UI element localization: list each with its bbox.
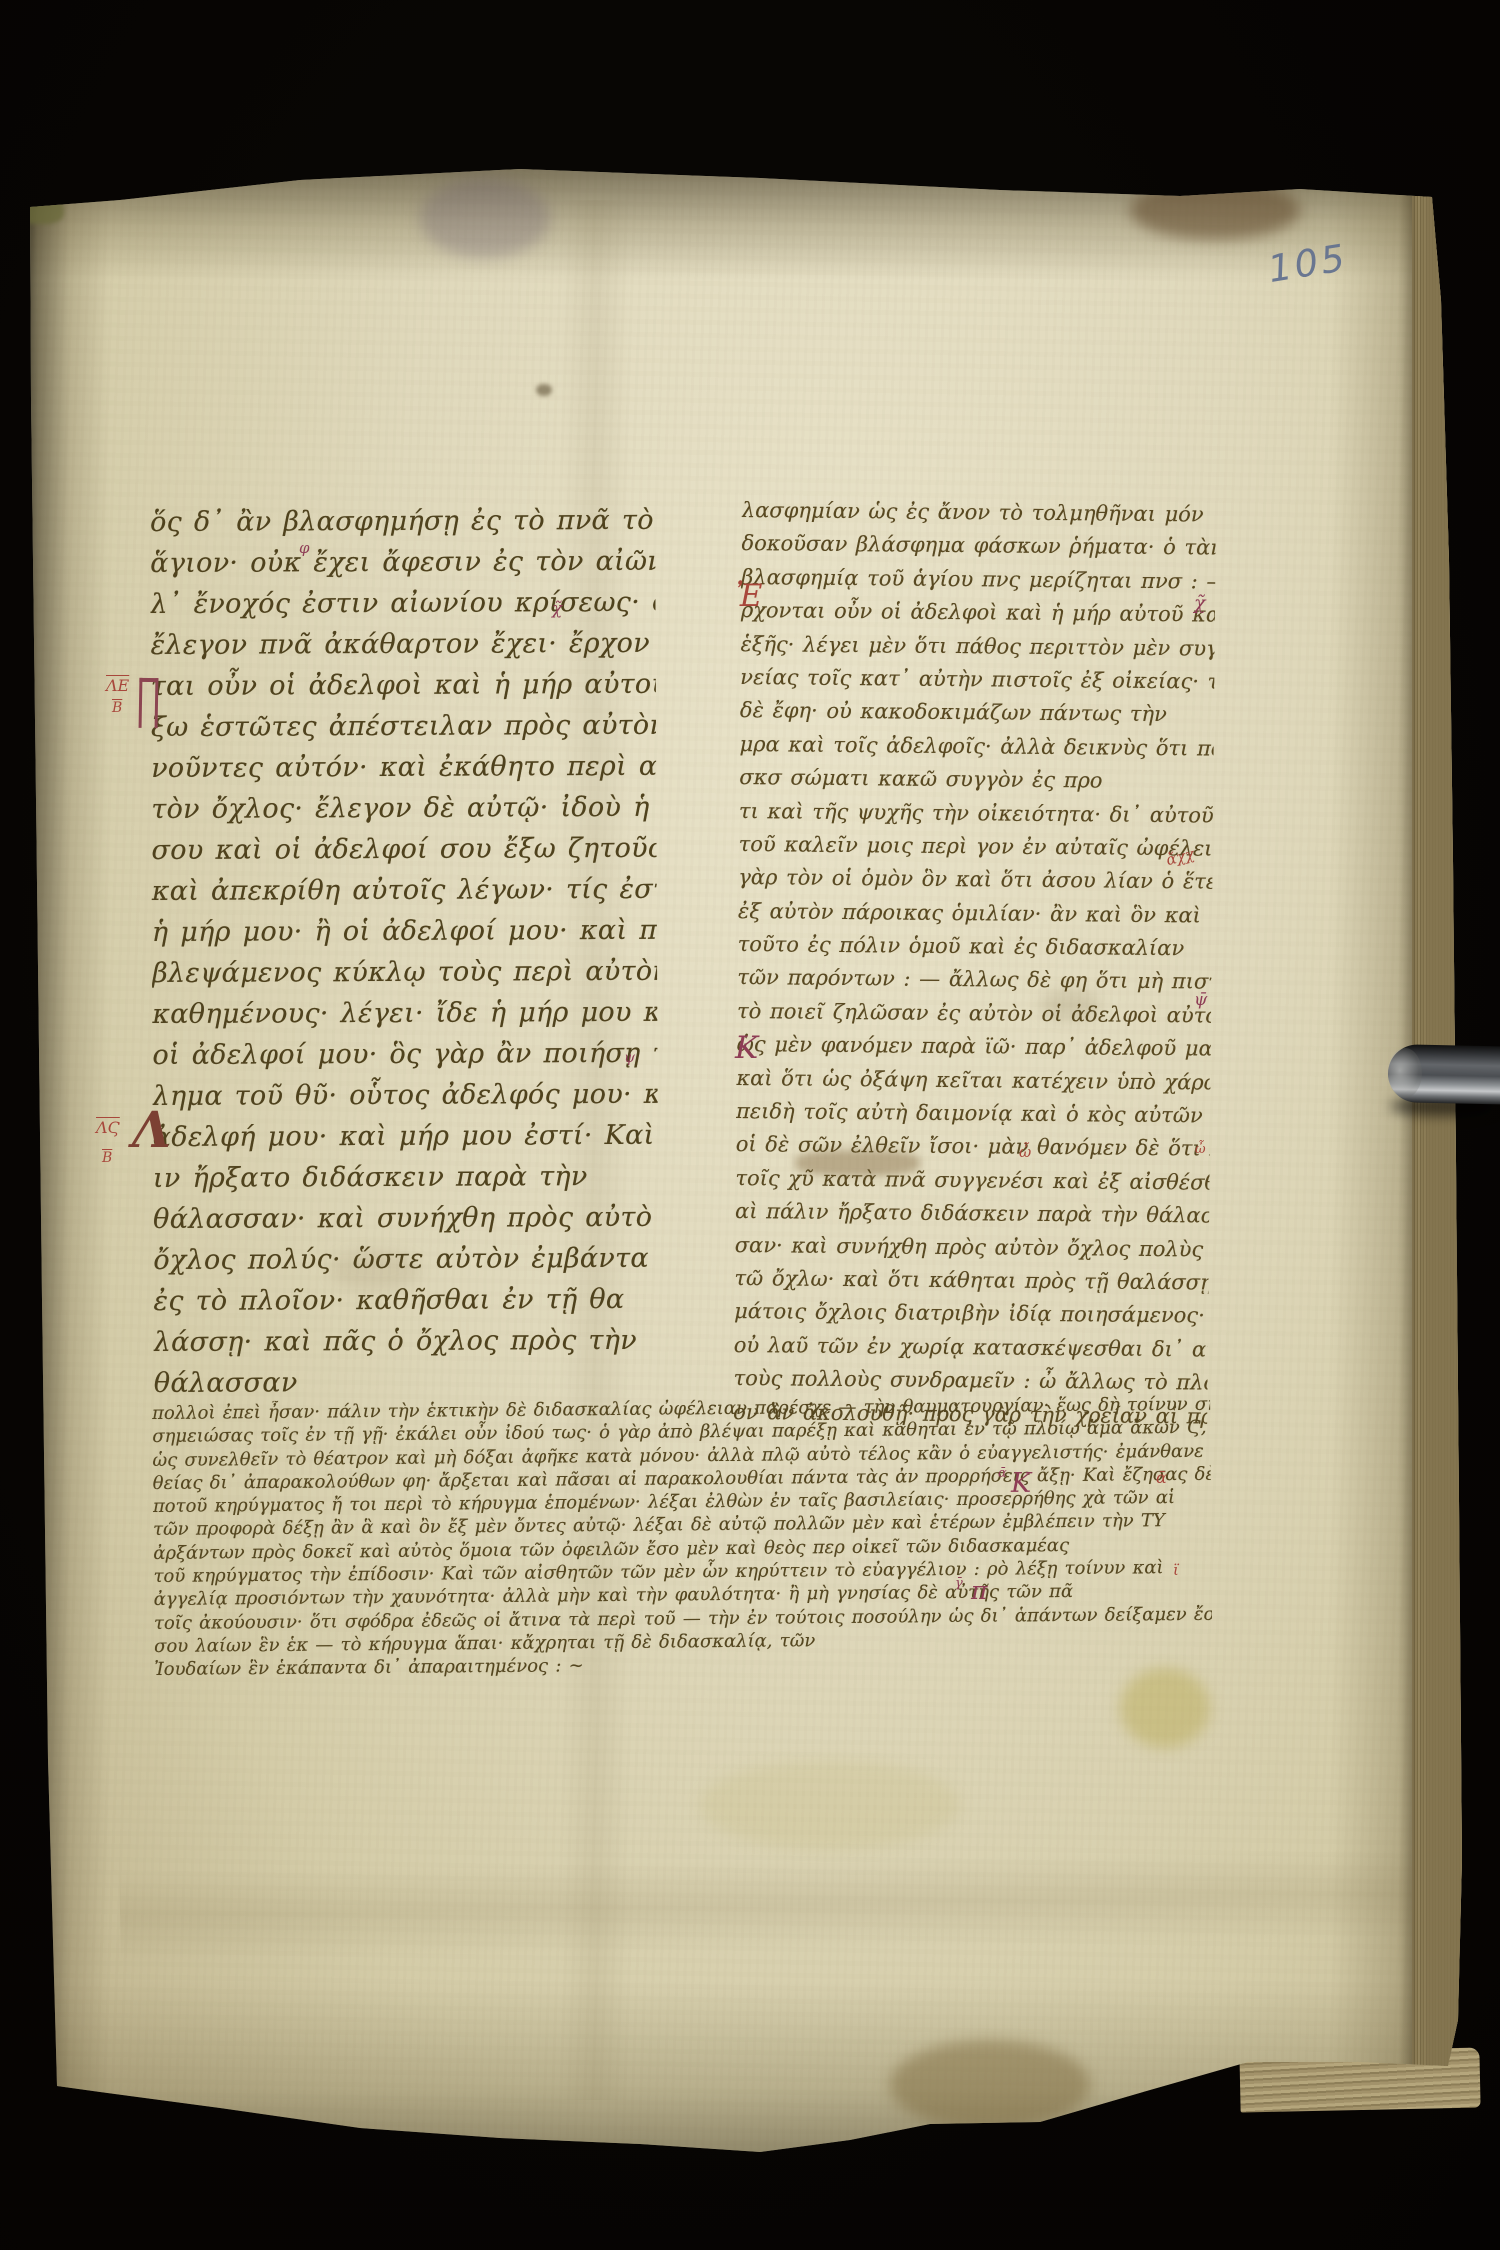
parchment-vein-stain — [420, 178, 550, 258]
manuscript-text-line: ὡς μὲν φανόμεν παρὰ ϊῶ· παρ᾽ ἀδελφοῦ μαρ — [737, 1028, 1211, 1066]
manuscript-text-line: ὅς δ᾽ ἂν βλασφημήσῃ ἐς τὸ πνᾶ τὸ — [150, 500, 655, 543]
manuscript-text-line: γὰρ τὸν οἱ ὁμὸν ὃν καὶ ὅτι ἀσου λίαν ὁ ἕ… — [738, 861, 1212, 899]
correction-phi-mark: φ — [299, 539, 310, 557]
omega-margin-mark: ὦ — [1195, 1142, 1206, 1157]
manuscript-text-line: ἐξ αὐτὸν πάροικας ὁμιλίαν· ἂν καὶ ὃν καὶ — [738, 895, 1212, 933]
manuscript-text-line: ξω ἑστῶτες ἀπέστειλαν πρὸς αὐτὸν φω — [151, 705, 656, 748]
manuscript-text-line: σου καὶ οἱ ἀδελφοί σου ἔξω ζητοῦσί σε· — [151, 828, 656, 871]
manuscript-text-line: μρα καὶ τοῖς ἀδελφοῖς· ἀλλὰ δεικνὺς ὅτι … — [739, 728, 1213, 766]
manuscript-text-line: καὶ ὅτι ὡς ὀξάψη κεῖται κατέχειν ὑπὸ χάρ… — [736, 1062, 1210, 1100]
manuscript-text-line: λάσσῃ· καὶ πᾶς ὁ ὄχλος πρὸς τὴν — [154, 1320, 659, 1363]
inline-kappa-rubric: Κ — [1011, 1468, 1031, 1499]
inline-gamma-rubric: γ̄ — [955, 1576, 963, 1591]
manuscript-text-line: ἔλεγον πνᾶ ἀκάθαρτον ἔχει· ἔρχον — [151, 623, 656, 666]
corner-stain — [1130, 180, 1300, 240]
omega-inline-mark: ὦ — [1019, 1143, 1031, 1161]
alpha-margin-mark: ᾱ — [1156, 1468, 1167, 1487]
bottom-edge-shading — [0, 1980, 1500, 2250]
manuscript-text-line: τῶν παρόντων : — ἄλλως δὲ φη ὅτι μὴ πιστ… — [737, 961, 1211, 999]
manuscript-text-line: καθημένους· λέγει· ἴδε ἡ μήρ μου καὶ — [152, 992, 657, 1035]
manuscript-text-line: σκσ σώματι κακῶ συγγὸν ἐς προ — [739, 761, 1213, 799]
manuscript-text-line: ἡ μήρ μου· ἢ οἱ ἀδελφοί μου· καὶ περι — [152, 910, 657, 953]
gospel-text-column: ὅς δ᾽ ἂν βλασφημήσῃ ἐς τὸ πνᾶ τὸἅγιον· ο… — [150, 500, 659, 1412]
fore-edge-crease — [1398, 196, 1414, 2076]
manuscript-text-line: ἐς τὸ πλοῖον· καθῆσθαι ἐν τῇ θα — [153, 1279, 658, 1322]
manuscript-page: 105 ὅς δ᾽ ἂν βλασφημήσῃ ἐς τὸ πνᾶ τὸἅγιο… — [0, 0, 1500, 2250]
manuscript-text-line: ιν ἤρξατο διδάσκειν παρὰ τὴν — [153, 1156, 658, 1199]
kephalaion-35-subnumber: Β — [112, 700, 122, 716]
kephalaion-number-36: ΛϚ — [96, 1118, 120, 1137]
manuscript-text-line: νοῦντες αὐτόν· καὶ ἐκάθητο περὶ αὐ — [151, 746, 656, 789]
commentary-bottom-block: πολλοὶ ἐπεὶ ἦσαν· πάλιν τὴν ἑκτικὴν δὲ δ… — [152, 1393, 1213, 1712]
manuscript-text-line: δὲ ἔφη· οὐ κακοδοκιμάζων πάντως τὴν — [740, 694, 1214, 732]
chi-margin-mark: χ̃ — [1194, 592, 1206, 614]
manuscript-text-line: μάτοις ὄχλοις διατριβὴν ἰδίᾳ ποιησάμενος… — [734, 1295, 1208, 1333]
manuscript-text-line: ται οὖν οἱ ἀδελφοὶ καὶ ἡ μήρ αὐτοῦ καὶ ἔ — [151, 664, 656, 707]
rubric-initial-lambda: Λ — [132, 1100, 171, 1159]
gutter-shading — [0, 0, 110, 2250]
manuscript-text-line: τοῦτο ἐς πόλιν ὁμοῦ καὶ ἐς διδασκαλίαν — [738, 928, 1212, 966]
manuscript-text-line: τὸν ὄχλος· ἔλεγον δὲ αὐτῷ· ἰδοὺ ἡ μήρ — [151, 787, 656, 830]
manuscript-text-line: οἱ ἀδελφοί μου· ὃς γὰρ ἂν ποιήσῃ τὸ θέ — [152, 1033, 657, 1076]
faint-stain — [700, 1760, 960, 1850]
manuscript-text-line: οὐ λαῦ τῶν ἐν χωρίᾳ κατασκέψεσθαι δι᾽ αὐ… — [734, 1329, 1208, 1367]
manuscript-text-line: βλεψάμενος κύκλῳ τοὺς περὶ αὐτὸν — [152, 951, 657, 994]
kephalaion-36-subnumber: Β — [102, 1150, 112, 1166]
manuscript-text-line: δοκοῦσαν βλάσφημα φάσκων ῥήματα· ὁ τὰν τ… — [741, 527, 1215, 565]
photo-backdrop: 105 ὅς δ᾽ ἂν βλασφημήσῃ ἐς τὸ πνᾶ τὸἅγιο… — [0, 0, 1500, 2250]
iota-margin-mark: ϊ — [1173, 1561, 1179, 1579]
manuscript-text-line: λασφημίαν ὡς ἐς ἄνον τὸ τολμηθῆναι μόν — [742, 494, 1216, 532]
manuscript-text-line: λημα τοῦ θῦ· οὗτος ἀδελφός μου· καὶ — [153, 1074, 658, 1117]
manuscript-text-line: ὄχλος πολύς· ὥστε αὐτὸν ἐμβάντα — [153, 1238, 658, 1281]
manuscript-text-line: τοῦ καλεῖν μοις περὶ γον ἐν αὐταῖς ὠφέλε… — [738, 828, 1212, 866]
paragraph-gallows-ornament — [139, 678, 159, 728]
inline-pi-rubric: π — [971, 1576, 987, 1605]
cross-margin-mark: ψ — [624, 1050, 635, 1066]
inline-alpha-rubric: ᾱ — [998, 1466, 1007, 1481]
page-holder-rod-tip — [1388, 1048, 1422, 1098]
manuscript-text-line: τὸ ποιεῖ ζηλῶσαν ἐς αὐτὸν οἱ ἀδελφοὶ αὐτ… — [737, 995, 1211, 1033]
chi-margin-mark: χ̃ — [552, 599, 562, 619]
manuscript-text-line: νείας τοῖς κατ᾽ αὐτὴν πιστοῖς ἐξ οἰκείας… — [740, 661, 1214, 699]
manuscript-text-line: τι καὶ τῆς ψυχῆς τὴν οἰκειότητα· δι᾽ αὐτ… — [739, 795, 1213, 833]
manuscript-text-line: τῶ ὄχλω· καὶ ὅτι κάθηται πρὸς τῇ θαλάσσῃ… — [734, 1262, 1208, 1300]
manuscript-text-line: αὶ πάλιν ἤρξατο διδάσκειν παρὰ τὴν θάλασ — [735, 1195, 1209, 1233]
manuscript-text-line: τοῖς χῦ κατὰ πνᾶ συγγενέσι καὶ ἐξ αἰσθέσ… — [735, 1162, 1209, 1200]
manuscript-text-line: οἱ δὲ σῶν ἐλθεῖν ἴσοι· μὰν θανόμεν δὲ ὅτ… — [736, 1128, 1210, 1166]
manuscript-text-line: ἑξῆς· λέγει μὲν ὅτι πάθος περιττὸν μὲν σ… — [740, 628, 1214, 666]
manuscript-text-line: θάλασσαν· καὶ συνήχθη πρὸς αὐτὸ — [153, 1197, 658, 1240]
manuscript-text-line: λ᾽ ἔνοχός ἐστιν αἰωνίου κρίσεως· ὅτι — [150, 582, 655, 625]
manuscript-text-line: ἅγιον· οὐκ ἔχει ἄφεσιν ἐς τὸν αἰῶνα· ἀλ — [150, 541, 655, 584]
frayed-corner-threads — [18, 198, 64, 224]
commentary-column: λασφημίαν ὡς ἐς ἄνον τὸ τολμηθῆναι μόνδο… — [733, 494, 1216, 1444]
rubric-initial-kappa: Κ — [735, 1030, 758, 1066]
ink-spot — [536, 384, 552, 396]
manuscript-text-line: καὶ ἀπεκρίθη αὐτοῖς λέγων· τίς ἐστιν — [152, 869, 657, 912]
manuscript-text-line: βλασφημίᾳ τοῦ ἁγίου πνς μερίζηται πνσ : … — [741, 561, 1215, 599]
manuscript-text-line: ἀδελφή μου· καὶ μήρ μου ἐστί· Καὶ πά — [153, 1115, 658, 1158]
manuscript-text-line: πειδὴ τοῖς αὐτὴ δαιμονίᾳ καὶ ὁ κὸς αὐτῶν… — [736, 1095, 1210, 1133]
page-edge-stack — [1412, 196, 1464, 2074]
manuscript-text-line: σαν· καὶ συνήχθη πρὸς αὐτὸν ὄχλος πολὺς … — [735, 1229, 1209, 1267]
water-stain — [890, 2040, 1090, 2130]
kephalaion-number-35: ΛΕ — [106, 676, 129, 695]
rubric-initial-epsilon: Ἐ — [736, 578, 762, 614]
manuscript-text-line: ρχονται οὖν οἱ ἀδελφοὶ καὶ ἡ μήρ αὐτοῦ κ… — [741, 594, 1215, 632]
psi-margin-mark: ψ̄ — [1194, 990, 1207, 1010]
